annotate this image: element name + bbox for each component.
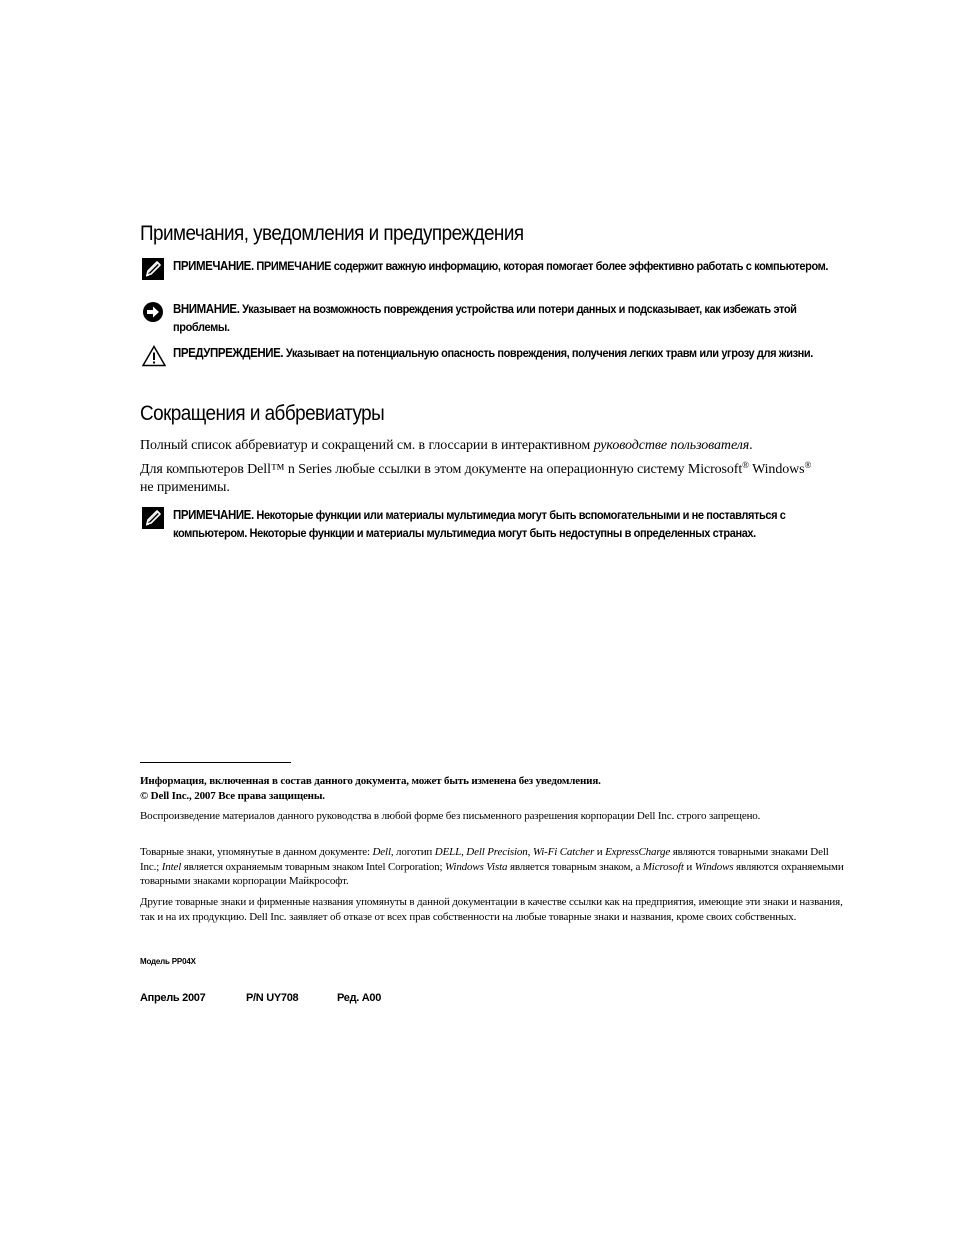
copyright-line: © Dell Inc., 2007 Все права защищены. (140, 789, 845, 804)
footnote-divider (140, 762, 291, 763)
pencil-note-icon (142, 258, 164, 280)
model-number: Модель PP04X (140, 957, 196, 966)
warning-label: ПРЕДУПРЕЖДЕНИЕ. (173, 346, 283, 360)
registered-mark: ® (742, 460, 749, 470)
notes-section-heading: Примечания, уведомления и предупреждения (140, 222, 524, 246)
tm-windows: Windows (695, 861, 734, 873)
change-notice: Информация, включенная в состав данного … (140, 774, 845, 789)
tm-dell-precision: Dell Precision (466, 846, 527, 858)
tm-wifi-catcher: Wi-Fi Catcher (533, 846, 594, 858)
n-series-text: Для компьютеров Dell™ n Series любые ссы… (140, 462, 742, 477)
warning-text: ПРЕДУПРЕЖДЕНИЕ. Указывает на потенциальн… (173, 345, 835, 363)
not-applicable-text: не применимы. (140, 480, 230, 495)
tm-dell: Dell (373, 846, 391, 858)
registered-mark: ® (804, 460, 811, 470)
warning-notice: ПРЕДУПРЕЖДЕНИЕ. Указывает на потенциальн… (140, 345, 840, 363)
warning-triangle-icon (142, 345, 164, 367)
legal-notice-bold: Информация, включенная в состав данного … (140, 774, 845, 803)
note-label: ПРИМЕЧАНИЕ. (173, 508, 254, 522)
tm-text: является товарным знаком, а (507, 861, 642, 873)
tm-microsoft: Microsoft (643, 861, 684, 873)
tm-text: и (594, 846, 605, 858)
note-body: ПРИМЕЧАНИЕ содержит важную информацию, к… (256, 259, 828, 273)
note-label: ПРИМЕЧАНИЕ. (173, 259, 254, 273)
abbreviations-text-end: . (749, 438, 752, 453)
arrow-circle-icon (142, 301, 164, 323)
caution-notice: ВНИМАНИЕ. Указывает на возможность повре… (140, 301, 840, 336)
tm-text: , логотип (391, 846, 435, 858)
revision: Ред. A00 (337, 992, 381, 1004)
tm-text: и (684, 861, 695, 873)
tm-expresscharge: ExpressCharge (605, 846, 670, 858)
multimedia-note-notice: ПРИМЕЧАНИЕ. Некоторые функции или матери… (140, 507, 840, 542)
trademarks-notice: Товарные знаки, упомянутые в данном доку… (140, 845, 845, 889)
caution-text: ВНИМАНИЕ. Указывает на возможность повре… (173, 301, 835, 336)
tm-dell-logo: DELL (435, 846, 461, 858)
tm-windows-vista: Windows Vista (445, 861, 507, 873)
windows-text: Windows (752, 462, 804, 477)
note-body: Некоторые функции или материалы мультиме… (173, 508, 786, 540)
warning-body: Указывает на потенциальную опасность пов… (286, 346, 813, 360)
user-guide-reference: руководстве пользователя (594, 438, 750, 453)
caution-label: ВНИМАНИЕ. (173, 302, 239, 316)
part-number: P/N UY708 (246, 992, 298, 1004)
caution-body: Указывает на возможность повреждения уст… (173, 302, 797, 334)
abbreviations-paragraph: Полный список аббревиатур и сокращений с… (140, 437, 820, 455)
abbreviations-section-heading: Сокращения и аббревиатуры (140, 402, 384, 426)
abbreviations-text: Полный список аббревиатур и сокращений с… (140, 438, 594, 453)
other-trademarks-notice: Другие товарные знаки и фирменные назван… (140, 895, 845, 924)
tm-intel: Intel (162, 861, 181, 873)
tm-text: является охраняемым товарным знаком Inte… (181, 861, 445, 873)
note-notice: ПРИМЕЧАНИЕ. ПРИМЕЧАНИЕ содержит важную и… (140, 258, 840, 276)
note-text: ПРИМЕЧАНИЕ. ПРИМЕЧАНИЕ содержит важную и… (173, 258, 835, 276)
publication-date: Апрель 2007 (140, 992, 205, 1004)
multimedia-note-text: ПРИМЕЧАНИЕ. Некоторые функции или матери… (173, 507, 835, 542)
n-series-paragraph: Для компьютеров Dell™ n Series любые ссы… (140, 461, 820, 497)
tm-text: Товарные знаки, упомянутые в данном доку… (140, 846, 373, 858)
reproduction-notice: Воспроизведение материалов данного руков… (140, 809, 845, 824)
pencil-note-icon (142, 507, 164, 529)
